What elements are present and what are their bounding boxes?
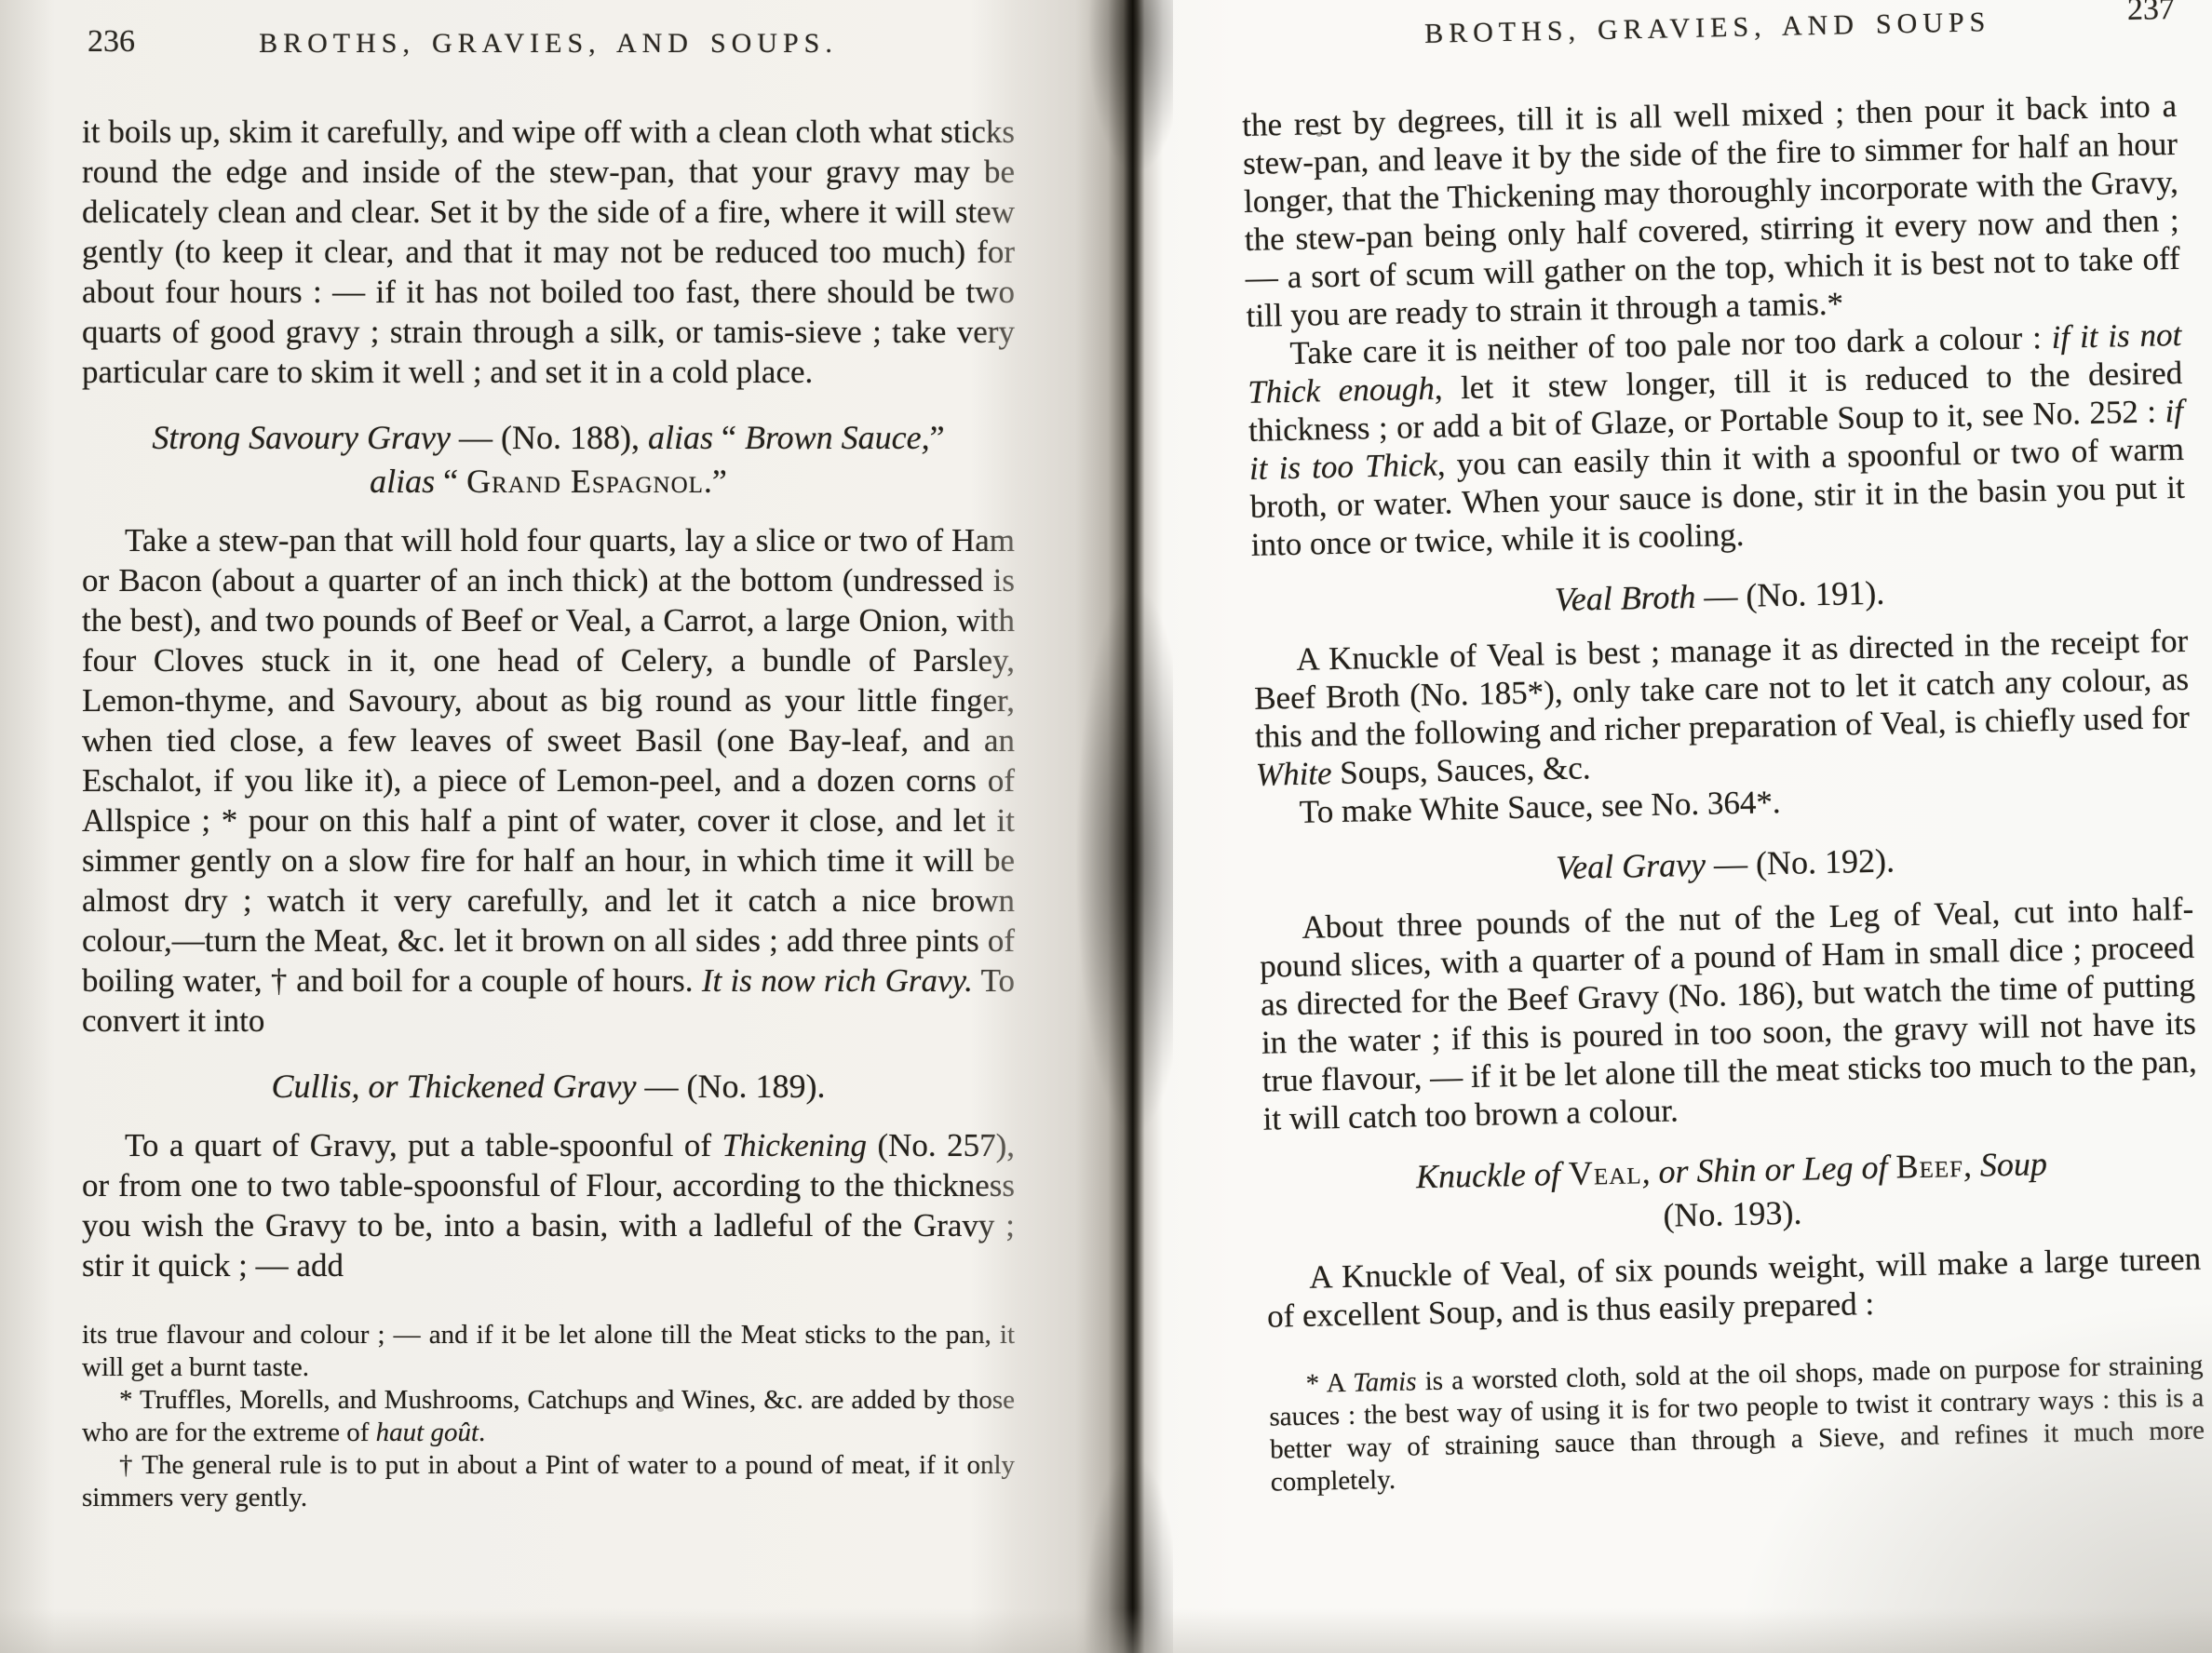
recipe-heading: Strong Savoury Gravy — (No. 188), alias … [82, 416, 1015, 504]
text-run: Take a stew-pan that will hold four quar… [82, 522, 1015, 999]
text-run: Beef [1895, 1147, 1963, 1186]
recipe-heading: Veal Broth — (No. 191). [1252, 565, 2188, 628]
scan-bottom-edge-shadow [0, 1608, 2212, 1653]
text-run: A Knuckle of Veal, of six pounds weight,… [1267, 1241, 2202, 1335]
scan-left-edge-shadow [0, 0, 67, 1653]
left-page: 236 BROTHS, GRAVIES, AND SOUPS. it boils… [82, 28, 1015, 1514]
text-run: A Knuckle of Veal is best ; manage it as… [1254, 623, 2190, 755]
text-line: Strong Savoury Gravy — (No. 188), alias … [82, 416, 1015, 460]
text-run: it boils up, skim it carefully, and wipe… [82, 114, 1015, 390]
running-title: BROTHS, GRAVIES, AND SOUPS. [259, 28, 838, 59]
scan-speck [1316, 132, 1322, 137]
text-line: Veal Broth — (No. 191). [1252, 565, 2188, 628]
text-line: it boils up, skim it carefully, and wipe… [82, 112, 1015, 392]
footnote: its true flavour and colour ; — and if i… [82, 1319, 1015, 1384]
text-run: Cullis, or Thickened Gravy [272, 1068, 637, 1105]
text-line: Take a stew-pan that will hold four quar… [82, 520, 1015, 1041]
text-run: Thickening [722, 1127, 868, 1163]
text-line: its true flavour and colour ; — and if i… [82, 1319, 1015, 1384]
text-line: A Knuckle of Veal is best ; manage it as… [1253, 622, 2191, 794]
recipe-heading: Veal Gravy — (No. 192). [1258, 833, 2193, 896]
text-run: “ [435, 463, 466, 500]
text-run: “ [713, 419, 745, 456]
text-line: † The general rule is to put in about a … [82, 1449, 1015, 1514]
text-run: Veal [1568, 1153, 1641, 1192]
text-run: Soups, Sauces, &c. [1331, 749, 1591, 791]
paragraph: the rest by degrees, till it is all well… [1242, 87, 2181, 335]
text-run: haut goût [376, 1418, 479, 1447]
right-page-header: BROTHS, GRAVIES, AND SOUPS 237 [1240, 3, 2176, 63]
text-run: It is now rich Gravy. [702, 962, 973, 999]
footnote: * Truffles, Morells, and Mushrooms, Catc… [82, 1384, 1015, 1449]
paragraph: Take care it is neither of too pale nor … [1247, 316, 2186, 564]
text-run: To make White Sauce, see No. 364*. [1299, 784, 1781, 830]
text-run: — (No. 188), [451, 419, 648, 456]
paragraph: About three pounds of the nut of the Leg… [1259, 890, 2198, 1138]
text-run: Veal Broth [1554, 578, 1695, 618]
text-run: its true flavour and colour ; — and if i… [82, 1320, 1015, 1382]
right-page-body: the rest by degrees, till it is all well… [1242, 87, 2205, 1499]
text-run: (No. 193). [1663, 1194, 1802, 1234]
text-run: About three pounds of the nut of the Leg… [1260, 891, 2197, 1137]
text-run: ” [930, 419, 945, 456]
text-run: . [479, 1418, 485, 1447]
book-scan: 236 BROTHS, GRAVIES, AND SOUPS. it boils… [0, 0, 2212, 1653]
text-line: About three pounds of the nut of the Leg… [1259, 890, 2198, 1138]
scan-speck [1681, 596, 1686, 600]
footnote: * A Tamis is a worsted cloth, sold at th… [1268, 1350, 2205, 1499]
paragraph: A Knuckle of Veal is best ; manage it as… [1253, 622, 2191, 794]
text-run: the rest by degrees, till it is all well… [1242, 87, 2180, 334]
text-run: Tamis [1353, 1366, 1417, 1397]
text-run: .” [704, 463, 727, 500]
paragraph: Take a stew-pan that will hold four quar… [82, 520, 1015, 1041]
text-run: Brown Sauce, [745, 419, 930, 456]
footnote: † The general rule is to put in about a … [82, 1449, 1015, 1514]
text-run: — (No. 192). [1706, 841, 1895, 882]
recipe-heading: Cullis, or Thickened Gravy — (No. 189). [82, 1065, 1015, 1109]
text-run: alias [370, 463, 435, 500]
text-run: Knuckle of [1416, 1155, 1570, 1195]
text-run: — (No. 189). [636, 1068, 825, 1105]
text-run: — (No. 191). [1695, 574, 1885, 615]
text-line: A Knuckle of Veal, of six pounds weight,… [1266, 1240, 2202, 1336]
text-line: * A Tamis is a worsted cloth, sold at th… [1268, 1350, 2205, 1499]
text-line: Cullis, or Thickened Gravy — (No. 189). [82, 1065, 1015, 1109]
text-line: To a quart of Gravy, put a table-spoonfu… [82, 1125, 1015, 1285]
text-run: , or Shin or Leg of [1641, 1149, 1896, 1191]
text-run: * Truffles, Morells, and Mushrooms, Catc… [82, 1385, 1015, 1447]
paragraph: it boils up, skim it carefully, and wipe… [82, 112, 1015, 392]
text-run: Strong Savoury Gravy [152, 419, 451, 456]
left-page-body: it boils up, skim it carefully, and wipe… [82, 112, 1015, 1514]
left-page-header: 236 BROTHS, GRAVIES, AND SOUPS. [82, 28, 1015, 69]
text-line: alias “ Grand Espagnol.” [82, 460, 1015, 504]
text-run: Veal Gravy [1556, 846, 1706, 886]
page-number: 237 [2127, 0, 2176, 28]
text-run: Grand Espagnol [466, 463, 704, 500]
text-line: * Truffles, Morells, and Mushrooms, Catc… [82, 1384, 1015, 1449]
recipe-heading: Knuckle of Veal, or Shin or Leg of Beef,… [1264, 1139, 2201, 1246]
text-run: * A [1305, 1368, 1353, 1399]
paragraph: A Knuckle of Veal, of six pounds weight,… [1266, 1240, 2202, 1336]
text-run: alias [648, 419, 713, 456]
paragraph: To a quart of Gravy, put a table-spoonfu… [82, 1125, 1015, 1285]
text-run: To a quart of Gravy, put a table-spoonfu… [125, 1127, 722, 1163]
text-run: White [1256, 755, 1332, 793]
text-line: the rest by degrees, till it is all well… [1242, 87, 2181, 335]
text-line: Take care it is neither of too pale nor … [1247, 316, 2186, 564]
scan-speck [657, 1407, 664, 1412]
text-run: , Soup [1963, 1145, 2048, 1184]
running-title: BROTHS, GRAVIES, AND SOUPS [1424, 7, 1991, 49]
text-run: † The general rule is to put in about a … [82, 1450, 1015, 1512]
text-line: Veal Gravy — (No. 192). [1258, 833, 2193, 896]
page-number: 236 [88, 24, 135, 60]
right-page: BROTHS, GRAVIES, AND SOUPS 237 the rest … [1240, 3, 2205, 1499]
